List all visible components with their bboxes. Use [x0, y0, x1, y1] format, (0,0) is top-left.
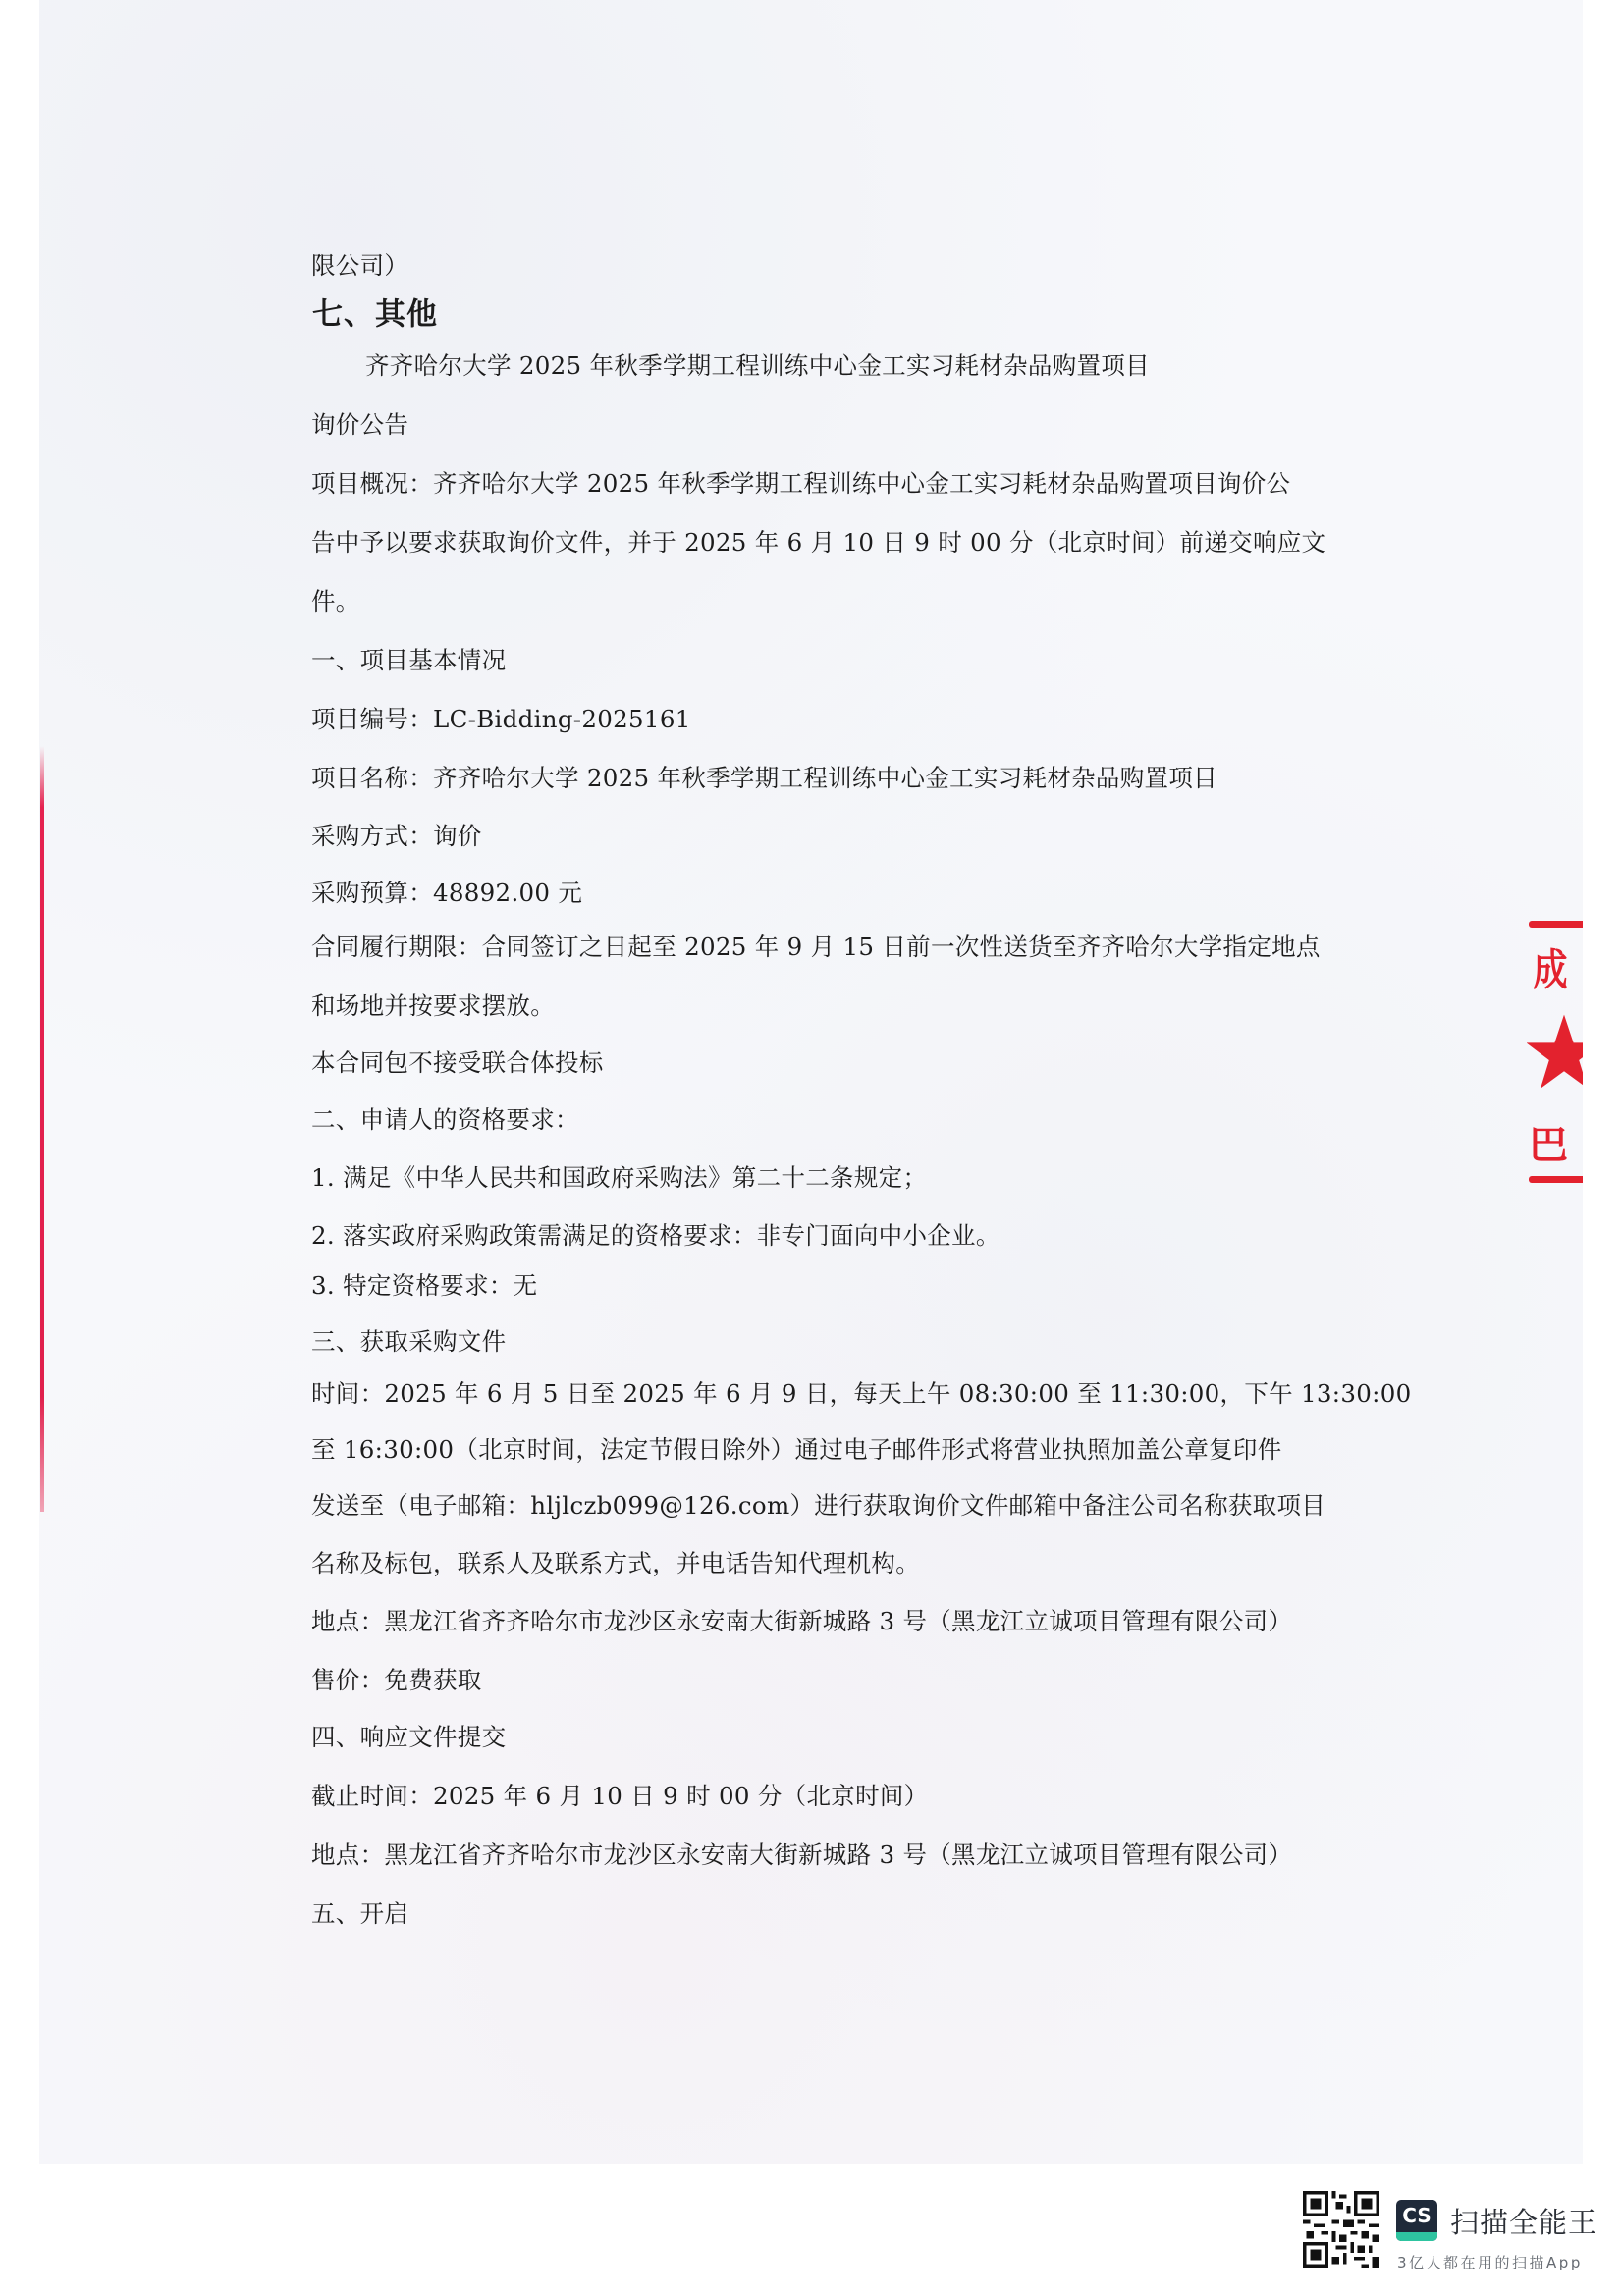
document-line: 项目概况：齐齐哈尔大学 2025 年秋季学期工程训练中心金工实习耗材杂品购置项目… — [311, 472, 1290, 497]
watermark-subtitle: 3亿人都在用的扫描App — [1397, 2252, 1583, 2272]
seal-glyph-bottom: 巴 — [1529, 1114, 1568, 1170]
document-line: 三、获取采购文件 — [311, 1330, 506, 1355]
document-line: 售价：免费获取 — [311, 1669, 482, 1693]
document-line: 告中予以要求获取询价文件，并于 2025 年 6 月 10 日 9 时 00 分… — [311, 531, 1325, 556]
document-line: 一、项目基本情况 — [311, 649, 506, 673]
logo-accent-bar — [1396, 2232, 1437, 2241]
document-line: 本合同包不接受联合体投标 — [311, 1051, 604, 1076]
document-line: 和场地并按要求摆放。 — [311, 994, 555, 1019]
document-line: 1. 满足《中华人民共和国政府采购法》第二十二条规定； — [311, 1166, 927, 1191]
document-line: 限公司） — [311, 254, 408, 279]
document-line: 时间：2025 年 6 月 5 日至 2025 年 6 月 9 日，每天上午 0… — [311, 1382, 1411, 1407]
document-line: 项目编号：LC-Bidding-2025161 — [311, 708, 691, 732]
camscanner-logo: CS — [1396, 2200, 1437, 2241]
document-line: 询价公告 — [311, 413, 408, 438]
document-line: 发送至（电子邮箱：hljlczb099@126.com）进行获取询价文件邮箱中备… — [311, 1494, 1325, 1519]
document-line: 地点：黑龙江省齐齐哈尔市龙沙区永安南大街新城路 3 号（黑龙江立诚项目管理有限公… — [311, 1843, 1292, 1868]
document-line: 2. 落实政府采购政策需满足的资格要求：非专门面向中小企业。 — [311, 1224, 1000, 1249]
official-seal-fragment: 成 巴 — [1527, 913, 1583, 1198]
document-line: 件。 — [311, 590, 360, 614]
document-line: 合同履行期限：合同签订之日起至 2025 年 9 月 15 日前一次性送货至齐齐… — [311, 935, 1321, 960]
document-line: 3. 特定资格要求：无 — [311, 1274, 537, 1299]
document-line: 截止时间：2025 年 6 月 10 日 9 时 00 分（北京时间） — [311, 1785, 928, 1809]
red-binding-line — [40, 746, 44, 1512]
seal-border-bottom — [1529, 1176, 1583, 1183]
qr-code-icon — [1303, 2191, 1379, 2268]
document-line: 采购方式：询价 — [311, 825, 482, 849]
document-line: 二、申请人的资格要求： — [311, 1108, 579, 1133]
seal-star-icon — [1527, 1013, 1583, 1092]
document-line: 地点：黑龙江省齐齐哈尔市龙沙区永安南大街新城路 3 号（黑龙江立诚项目管理有限公… — [311, 1610, 1292, 1634]
logo-text: CS — [1396, 2204, 1437, 2227]
document-line: 五、开启 — [311, 1902, 408, 1927]
seal-border-top — [1529, 921, 1583, 928]
document-line: 项目名称：齐齐哈尔大学 2025 年秋季学期工程训练中心金工实习耗材杂品购置项目 — [311, 767, 1217, 791]
seal-glyph: 成 — [1533, 934, 1567, 997]
section-heading: 七、其他 — [312, 300, 438, 331]
document-line: 采购预算：48892.00 元 — [311, 881, 582, 906]
document-line: 至 16:30:00（北京时间，法定节假日除外）通过电子邮件形式将营业执照加盖公… — [311, 1438, 1282, 1463]
watermark-title: 扫描全能王 — [1450, 2201, 1597, 2241]
document-line: 四、响应文件提交 — [311, 1726, 506, 1750]
camscanner-watermark: CS 扫描全能王 3亿人都在用的扫描App — [1303, 2191, 1597, 2279]
document-line: 齐齐哈尔大学 2025 年秋季学期工程训练中心金工实习耗材杂品购置项目 — [365, 354, 1150, 379]
document-line: 名称及标包，联系人及联系方式，并电话告知代理机构。 — [311, 1552, 920, 1576]
